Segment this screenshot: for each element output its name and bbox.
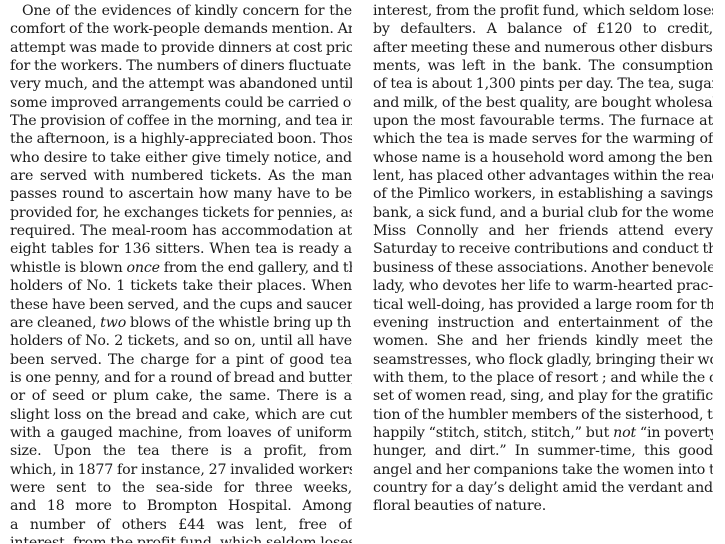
emphasis: once	[126, 260, 159, 276]
text-line: slight loss on the bread and cake, which…	[10, 406, 352, 424]
text-line: floral beauties of nature.	[373, 497, 713, 515]
text-line: women. She and her friends kindly meet t…	[373, 332, 713, 350]
text-line: passes round to ascertain how many have …	[10, 185, 352, 203]
text-line: is one penny, and for a round of bread a…	[10, 369, 352, 387]
text-line: Miss Connolly and her friends attend eve…	[373, 222, 713, 240]
text-line: and milk, of the best quality, are bough…	[373, 94, 713, 112]
text-line: attempt was made to provide dinners at c…	[10, 39, 352, 57]
text-line: business of these associations. Another …	[373, 259, 713, 277]
text-line: The provision of coffee in the morning, …	[10, 112, 352, 130]
text-line: lady, who devotes her life to warm-heart…	[373, 277, 713, 295]
text-line: angel and her companions take the women …	[373, 461, 713, 479]
text-line-cutoff: interest, from the profit fund, which se…	[10, 534, 352, 543]
text-line: of the Pimlico workers, in establishing …	[373, 185, 713, 203]
text-line: after meeting these and numerous other d…	[373, 39, 713, 57]
right-column: interest, from the profit fund, which se…	[373, 2, 713, 516]
text-line: size. Upon the tea there is a profit, fr…	[10, 442, 352, 460]
text-line: whose name is a household word among the…	[373, 149, 713, 167]
text-line: been served. The charge for a pint of go…	[10, 351, 352, 369]
text-line: provided for, he exchanges tickets for p…	[10, 204, 352, 222]
text-line: Saturday to receive contributions and co…	[373, 240, 713, 258]
text-line: by defaulters. A balance of £120 to cred…	[373, 20, 713, 38]
text-line: are served with numbered tickets. As the…	[10, 167, 352, 185]
text-line: a number of others £44 was lent, free of	[10, 516, 352, 534]
text-line: hunger, and dirt.” In summer-time, this …	[373, 442, 713, 460]
text-line: evening instruction and entertainment of…	[373, 314, 713, 332]
text-line: who desire to take either give timely no…	[10, 149, 352, 167]
text-line: very much, and the attempt was abandoned…	[10, 75, 352, 93]
text-line: seamstresses, who flock gladly, bringing…	[373, 351, 713, 369]
text-line: country for a day’s delight amid the ver…	[373, 479, 713, 497]
text-line: upon the most favourable terms. The furn…	[373, 112, 713, 130]
text-line: tion of the humbler members of the siste…	[373, 406, 713, 424]
text-line: are cleaned, two blows of the whistle br…	[10, 314, 352, 332]
text-line: happily “stitch, stitch, stitch,” but no…	[373, 424, 713, 442]
text-line: comfort of the work-people demands menti…	[10, 20, 352, 38]
text-line: were sent to the sea-side for three week…	[10, 479, 352, 497]
text-line: holders of No. 2 tickets, and so on, unt…	[10, 332, 352, 350]
text-line: holders of No. 1 tickets take their plac…	[10, 277, 352, 295]
text-line: lent, has placed other advantages within…	[373, 167, 713, 185]
text-line: set of women read, sing, and play for th…	[373, 387, 713, 405]
emphasis: not	[613, 425, 636, 441]
text-line: with a gauged machine, from loaves of un…	[10, 424, 352, 442]
text-line: for the workers. The numbers of diners f…	[10, 57, 352, 75]
text-line: bank, a sick fund, and a burial club for…	[373, 204, 713, 222]
text-line: the afternoon, is a highly-appreciated b…	[10, 130, 352, 148]
text-line: of tea is about 1,300 pints per day. The…	[373, 75, 713, 93]
text-line: eight tables for 136 sitters. When tea i…	[10, 240, 352, 258]
text-line: One of the evidences of kindly concern f…	[10, 2, 352, 20]
text-line: these have been served, and the cups and…	[10, 296, 352, 314]
text-line: required. The meal-room has accommodatio…	[10, 222, 352, 240]
emphasis: two	[100, 315, 126, 331]
text-line: ments, was left in the bank. The consump…	[373, 57, 713, 75]
text-line: tical well-doing, has provided a large r…	[373, 296, 713, 314]
text-line: or of seed or plum cake, the same. There…	[10, 387, 352, 405]
text-line: whistle is blown once from the end galle…	[10, 259, 352, 277]
text-line: which the tea is made serves for the war…	[373, 130, 713, 148]
text-line: with them, to the place of resort ; and …	[373, 369, 713, 387]
text-line: which, in 1877 for instance, 27 invalide…	[10, 461, 352, 479]
left-column: One of the evidences of kindly concern f…	[10, 2, 352, 543]
text-line: some improved arrangements could be carr…	[10, 94, 352, 112]
text-line: and 18 more to Brompton Hospital. Among	[10, 497, 352, 515]
text-line: interest, from the profit fund, which se…	[373, 2, 713, 20]
document-page: One of the evidences of kindly concern f…	[0, 0, 725, 544]
